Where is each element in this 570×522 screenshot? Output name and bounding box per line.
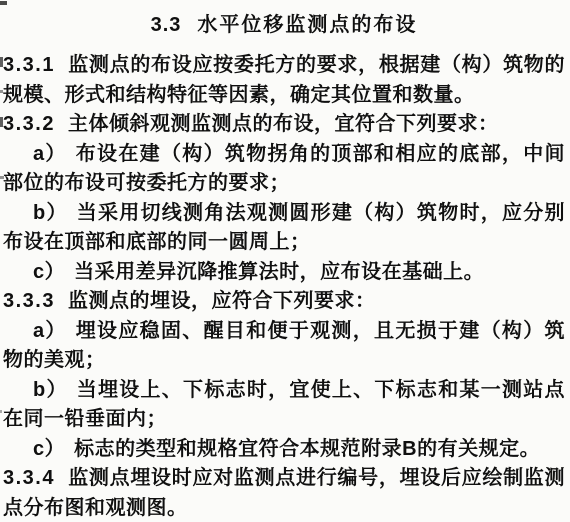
list-item-a-3-3-2: a）布设在建（构）筑物拐角的顶部和相应的底部，中间部位的布设可按委托方的要求； (3, 140, 565, 199)
document-page: 3.3水平位移监测点的布设 3.3.1监测点的布设应按委托方的要求，根据建（构）… (0, 0, 570, 522)
item-label: c） (33, 438, 65, 460)
item-label: b） (33, 202, 68, 224)
item-text: 当采用差异沉降推算法时，应布设在基础上。 (74, 261, 484, 283)
clause-number: 3.3.2 (3, 113, 55, 135)
section-heading: 3.3水平位移监测点的布设 (3, 12, 565, 38)
section-title: 水平位移监测点的布设 (197, 14, 417, 36)
scan-artifact (0, 1, 7, 5)
item-text: 布设在建（构）筑物拐角的顶部和相应的底部，中间部位的布设可按委托方的要求； (3, 143, 565, 195)
clause-3-3-2: 3.3.2主体倾斜观测监测点的布设，宜符合下列要求： (3, 110, 565, 140)
clause-3-3-4: 3.3.4监测点埋设时应对监测点进行编号，埋设后应绘制监测点分布图和观测图。 (3, 464, 565, 522)
list-item-a-3-3-3: a）埋设应稳固、醒目和便于观测，且无损于建（构）筑物的美观； (3, 317, 565, 376)
clause-number: 3.3.3 (3, 290, 55, 312)
section-number: 3.3 (151, 14, 182, 36)
item-text: 当埋设上、下标志时，宜使上、下标志和某一测站点在同一铅垂面内； (3, 379, 565, 431)
item-label: a） (33, 143, 67, 165)
scan-artifact (0, 90, 3, 93)
item-text: 当采用切线测角法观测圆形建（构）筑物时，应分别布设在顶部和底部的同一圆周上； (3, 202, 565, 254)
list-item-b-3-3-2: b）当采用切线测角法观测圆形建（构）筑物时，应分别布设在顶部和底部的同一圆周上； (3, 199, 565, 258)
clause-3-3-1: 3.3.1监测点的布设应按委托方的要求，根据建（构）筑物的规模、形式和结构特征等… (3, 51, 565, 110)
clause-text: 监测点的埋设，应符合下列要求： (68, 290, 376, 312)
list-item-b-3-3-3: b）当埋设上、下标志时，宜使上、下标志和某一测站点在同一铅垂面内； (3, 376, 565, 435)
item-label: c） (33, 261, 65, 283)
clause-text: 监测点埋设时应对监测点进行编号，埋设后应绘制监测点分布图和观测图。 (3, 467, 565, 519)
item-label: a） (33, 320, 67, 342)
scan-artifact (0, 57, 3, 67)
item-text: 标志的类型和规格宜符合本规范附录B的有关规定。 (74, 438, 540, 460)
list-item-c-3-3-2: c）当采用差异沉降推算法时，应布设在基础上。 (3, 258, 565, 288)
clause-number: 3.3.4 (3, 467, 55, 489)
list-item-c-3-3-3: c）标志的类型和规格宜符合本规范附录B的有关规定。 (3, 435, 565, 465)
clause-number: 3.3.1 (3, 54, 55, 76)
clause-text: 主体倾斜观测监测点的布设，宜符合下列要求： (68, 113, 499, 135)
clause-3-3-3: 3.3.3监测点的埋设，应符合下列要求： (3, 287, 565, 317)
scan-artifact (0, 176, 4, 179)
scan-artifact (0, 117, 3, 127)
section-body: 3.3.1监测点的布设应按委托方的要求，根据建（构）筑物的规模、形式和结构特征等… (3, 51, 565, 522)
item-text: 埋设应稳固、醒目和便于观测，且无损于建（构）筑物的美观； (3, 320, 565, 372)
scanned-document-page: { "meta": { "background_color": "#fbfbf9… (0, 0, 570, 522)
clause-text: 监测点的布设应按委托方的要求，根据建（构）筑物的规模、形式和结构特征等因素，确定… (3, 54, 565, 106)
scan-artifact (0, 410, 2, 413)
item-label: b） (33, 379, 68, 401)
